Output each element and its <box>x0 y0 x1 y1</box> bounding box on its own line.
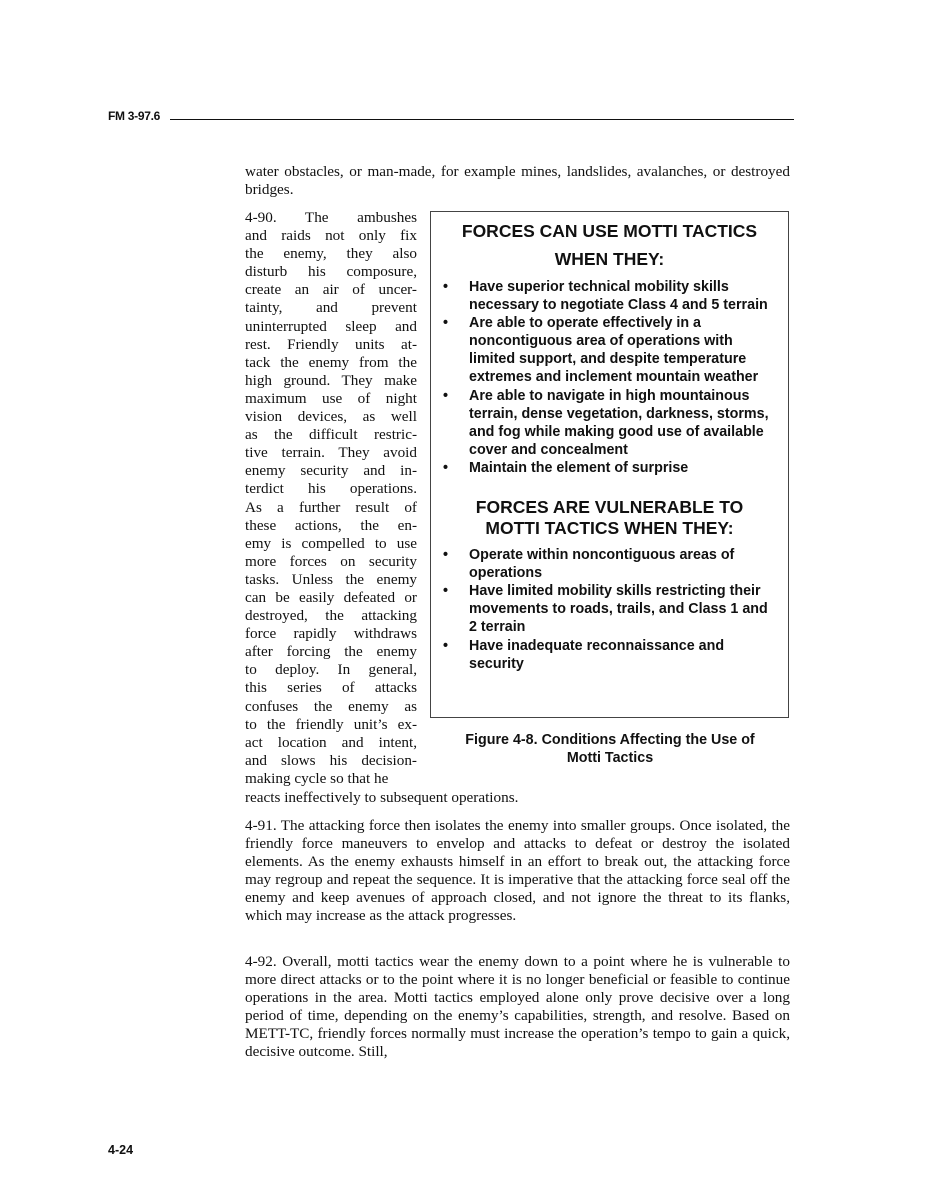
column-line: terdict his operations. <box>245 480 417 498</box>
column-line: tasks. Unless the enemy <box>245 571 417 589</box>
list-item: •Operate within noncontiguous areas of o… <box>431 546 788 582</box>
list-item-text: Operate within noncontiguous areas of op… <box>469 547 734 581</box>
list-item: •Are able to operate effectively in a no… <box>431 314 788 386</box>
document-code: FM 3-97.6 <box>108 108 162 124</box>
column-line: and slows his decision- <box>245 752 417 770</box>
column-line: more forces on security <box>245 553 417 571</box>
bullet-icon: • <box>443 278 448 296</box>
list-item: •Have superior technical mobility skills… <box>431 278 788 314</box>
list-item: •Maintain the element of surprise <box>431 459 788 477</box>
bullet-icon: • <box>443 546 448 564</box>
column-line: tack the enemy from the <box>245 354 417 372</box>
list-item: •Are able to navigate in high mountainou… <box>431 387 788 459</box>
column-line: destroyed, the attacking <box>245 607 417 625</box>
paragraph-4-92: 4-92. Overall, motti tactics wear the en… <box>245 953 790 1062</box>
intro-continuation-paragraph: water obstacles, or man-made, for exampl… <box>245 163 790 199</box>
column-line: disturb his composure, <box>245 263 417 281</box>
column-line: after forcing the enemy <box>245 643 417 661</box>
list-item-text: Have superior technical mobility skills … <box>469 279 768 313</box>
column-line: as the difficult restric- <box>245 426 417 444</box>
bullet-icon: • <box>443 637 448 655</box>
column-line: force rapidly withdraws <box>245 625 417 643</box>
column-line: to the friendly unit’s ex- <box>245 716 417 734</box>
list-item-text: Are able to navigate in high mountainous… <box>469 388 769 458</box>
list-item-text: Have inadequate reconnaissance and secur… <box>469 638 724 672</box>
heading-line: FORCES CAN USE MOTTI TACTICS <box>431 217 788 245</box>
heading-line: FORCES ARE VULNERABLE TO <box>431 497 788 518</box>
section-vulnerable-heading: FORCES ARE VULNERABLE TO MOTTI TACTICS W… <box>431 497 788 539</box>
column-line: As a further result of <box>245 499 417 517</box>
heading-line: MOTTI TACTICS WHEN THEY: <box>431 518 788 539</box>
column-line: uninterrupted sleep and <box>245 318 417 336</box>
column-line: can be easily defeated or <box>245 589 417 607</box>
column-line: and raids not only fix <box>245 227 417 245</box>
page-number: 4-24 <box>108 1143 133 1157</box>
list-item-text: Have limited mobility skills restricting… <box>469 583 768 635</box>
section-can-use-heading: FORCES CAN USE MOTTI TACTICS WHEN THEY: <box>431 217 788 273</box>
column-line: emy is compelled to use <box>245 535 417 553</box>
header-rule <box>170 119 794 120</box>
paragraph-4-91: 4-91. The attacking force then isolates … <box>245 817 790 926</box>
paragraph-4-90-column: 4-90. The ambushesand raids not only fix… <box>245 209 417 788</box>
column-line: act location and intent, <box>245 734 417 752</box>
heading-line: WHEN THEY: <box>431 245 788 273</box>
paragraph-4-90-tail: reacts ineffectively to subsequent opera… <box>245 789 790 807</box>
figure-caption: Figure 4-8. Conditions Affecting the Use… <box>430 731 790 767</box>
vulnerable-list: •Operate within noncontiguous areas of o… <box>431 546 788 673</box>
column-line: confuses the enemy as <box>245 698 417 716</box>
caption-line: Motti Tactics <box>430 749 790 767</box>
running-header: FM 3-97.6 <box>108 108 794 124</box>
column-line: tive terrain. They avoid <box>245 444 417 462</box>
can-use-list: •Have superior technical mobility skills… <box>431 278 788 477</box>
column-line: to deploy. In general, <box>245 661 417 679</box>
caption-line: Figure 4-8. Conditions Affecting the Use… <box>430 731 790 749</box>
column-line: 4-90. The ambushes <box>245 209 417 227</box>
column-line: high ground. They make <box>245 372 417 390</box>
column-line: making cycle so that he <box>245 770 417 788</box>
column-line: these actions, the en- <box>245 517 417 535</box>
column-line: vision devices, as well <box>245 408 417 426</box>
list-item: •Have limited mobility skills restrictin… <box>431 582 788 636</box>
bullet-icon: • <box>443 582 448 600</box>
column-line: this series of attacks <box>245 679 417 697</box>
column-line: enemy security and in- <box>245 462 417 480</box>
column-line: create an air of uncer- <box>245 281 417 299</box>
column-line: the enemy, they also <box>245 245 417 263</box>
bullet-icon: • <box>443 314 448 332</box>
bullet-icon: • <box>443 387 448 405</box>
column-line: rest. Friendly units at- <box>245 336 417 354</box>
column-line: tainty, and prevent <box>245 299 417 317</box>
column-line: maximum use of night <box>245 390 417 408</box>
list-item-text: Are able to operate effectively in a non… <box>469 315 758 385</box>
list-item-text: Maintain the element of surprise <box>469 460 688 476</box>
list-item: •Have inadequate reconnaissance and secu… <box>431 637 788 673</box>
bullet-icon: • <box>443 459 448 477</box>
figure-4-8-box: FORCES CAN USE MOTTI TACTICS WHEN THEY: … <box>430 211 789 718</box>
